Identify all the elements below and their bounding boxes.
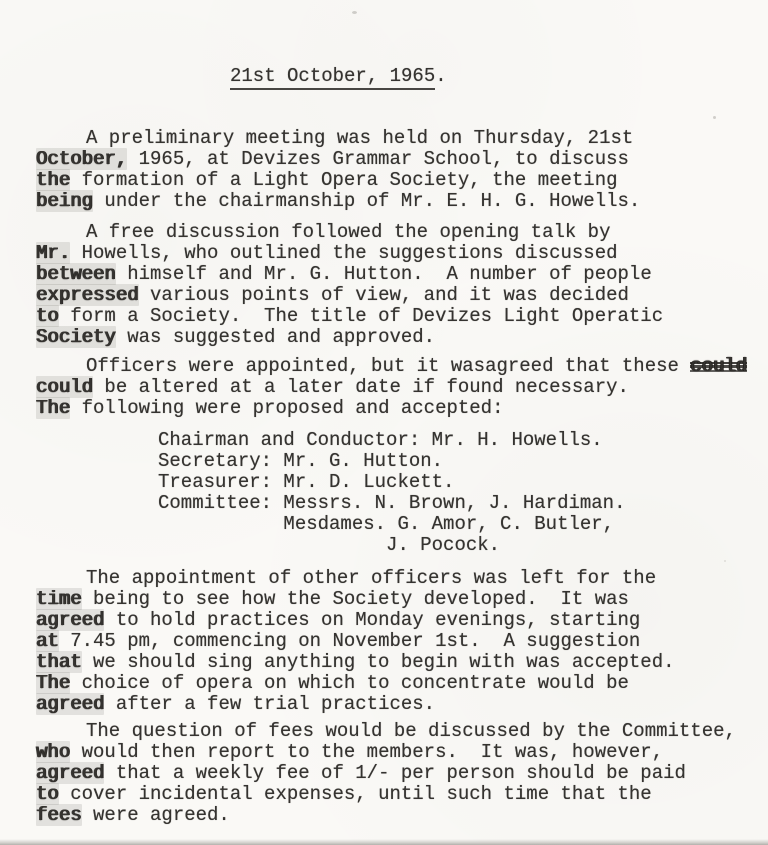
- text-line: who would then report to the members. It…: [36, 742, 736, 763]
- text-line: The choice of opera on which to concentr…: [36, 673, 675, 694]
- officer-line-chairman: Chairman and Conductor: Mr. H. Howells.: [158, 430, 625, 451]
- text-line: Officers were appointed, but it wasagree…: [36, 356, 747, 377]
- text-segment: Officers were appointed, but it wasagree…: [86, 355, 690, 377]
- paragraph-officers-appointed: Officers were appointed, but it wasagree…: [36, 356, 747, 419]
- text-line: The following were proposed and accepted…: [36, 398, 747, 419]
- text-line: October, 1965, at Devizes Grammar School…: [36, 149, 640, 170]
- smudged-ink-word: Mr.: [36, 242, 70, 264]
- smudged-ink-word: expressed: [36, 284, 139, 306]
- smudged-ink-word: agreed: [36, 762, 104, 784]
- document-date-heading: 21st October, 1965.: [230, 66, 447, 87]
- text-line: agreed that a weekly fee of 1/- per pers…: [36, 763, 736, 784]
- smudged-ink-word: Society: [36, 326, 116, 348]
- smudged-ink-word: being: [36, 190, 93, 212]
- smudged-ink-word: the: [36, 169, 70, 191]
- smudged-ink-word: to: [36, 783, 59, 805]
- text-line: at 7.45 pm, commencing on November 1st. …: [36, 631, 675, 652]
- text-line: to form a Society. The title of Devizes …: [36, 306, 663, 327]
- smudged-ink-word: agreed: [36, 609, 104, 631]
- smudged-ink-word: that: [36, 651, 82, 673]
- text-line: between himself and Mr. G. Hutton. A num…: [36, 264, 663, 285]
- paragraph-fees: The question of fees would be discussed …: [36, 721, 736, 826]
- text-line: to cover incidental expenses, until such…: [36, 784, 736, 805]
- smudged-ink-word: between: [36, 263, 116, 285]
- date-underlined-text: 21st October, 1965: [230, 65, 435, 90]
- text-line: The question of fees would be discussed …: [36, 721, 736, 742]
- text-line: fees were agreed.: [36, 805, 736, 826]
- smudged-ink-word: fees: [36, 804, 82, 826]
- struck-out-word: could: [690, 355, 747, 377]
- paragraph-other-officers: The appointment of other officers was le…: [36, 568, 675, 715]
- smudged-ink-word: time: [36, 588, 82, 610]
- officers-list: Chairman and Conductor: Mr. H. Howells. …: [158, 430, 625, 556]
- smudged-ink-word: October,: [36, 148, 127, 170]
- scan-speckle: [352, 11, 357, 14]
- scanned-document-page: 21st October, 1965. A preliminary meetin…: [0, 0, 768, 845]
- scan-edge-shadow: [0, 839, 768, 845]
- text-line: expressed various points of view, and it…: [36, 285, 663, 306]
- smudged-ink-word: agreed: [36, 693, 104, 715]
- smudged-ink-word: could: [36, 376, 93, 398]
- scan-speckle: [470, 252, 472, 254]
- officer-line-secretary: Secretary: Mr. G. Hutton.: [158, 451, 625, 472]
- smudged-ink-word: at: [36, 630, 59, 652]
- scan-speckle: [713, 116, 716, 119]
- text-line: the formation of a Light Opera Society, …: [36, 170, 640, 191]
- smudged-ink-word: to: [36, 305, 59, 327]
- scan-speckle: [724, 560, 726, 562]
- text-line: agreed after a few trial practices.: [36, 694, 675, 715]
- text-line: A preliminary meeting was held on Thursd…: [36, 128, 640, 149]
- officer-line-treasurer: Treasurer: Mr. D. Luckett.: [158, 472, 625, 493]
- officer-line-committee: Committee: Messrs. N. Brown, J. Hardiman…: [158, 493, 625, 514]
- text-line: that we should sing anything to begin wi…: [36, 652, 675, 673]
- text-line: Mr. Howells, who outlined the suggestion…: [36, 243, 663, 264]
- text-line: could be altered at a later date if foun…: [36, 377, 747, 398]
- officer-line-mesdames: Mesdames. G. Amor, C. Butler,: [158, 514, 625, 535]
- text-line: agreed to hold practices on Monday eveni…: [36, 610, 675, 631]
- text-line: being under the chairmanship of Mr. E. H…: [36, 191, 640, 212]
- paragraph-free-discussion: A free discussion followed the opening t…: [36, 222, 663, 348]
- officer-line-pocock: J. Pocock.: [158, 535, 625, 556]
- smudged-ink-word: who: [36, 741, 70, 763]
- smudged-ink-word: The: [36, 397, 70, 419]
- text-line: Society was suggested and approved.: [36, 327, 663, 348]
- text-line: A free discussion followed the opening t…: [36, 222, 663, 243]
- text-line: The appointment of other officers was le…: [36, 568, 675, 589]
- date-period: .: [435, 65, 446, 87]
- text-line: time being to see how the Society develo…: [36, 589, 675, 610]
- smudged-ink-word: The: [36, 672, 70, 694]
- paragraph-preliminary-meeting: A preliminary meeting was held on Thursd…: [36, 128, 640, 212]
